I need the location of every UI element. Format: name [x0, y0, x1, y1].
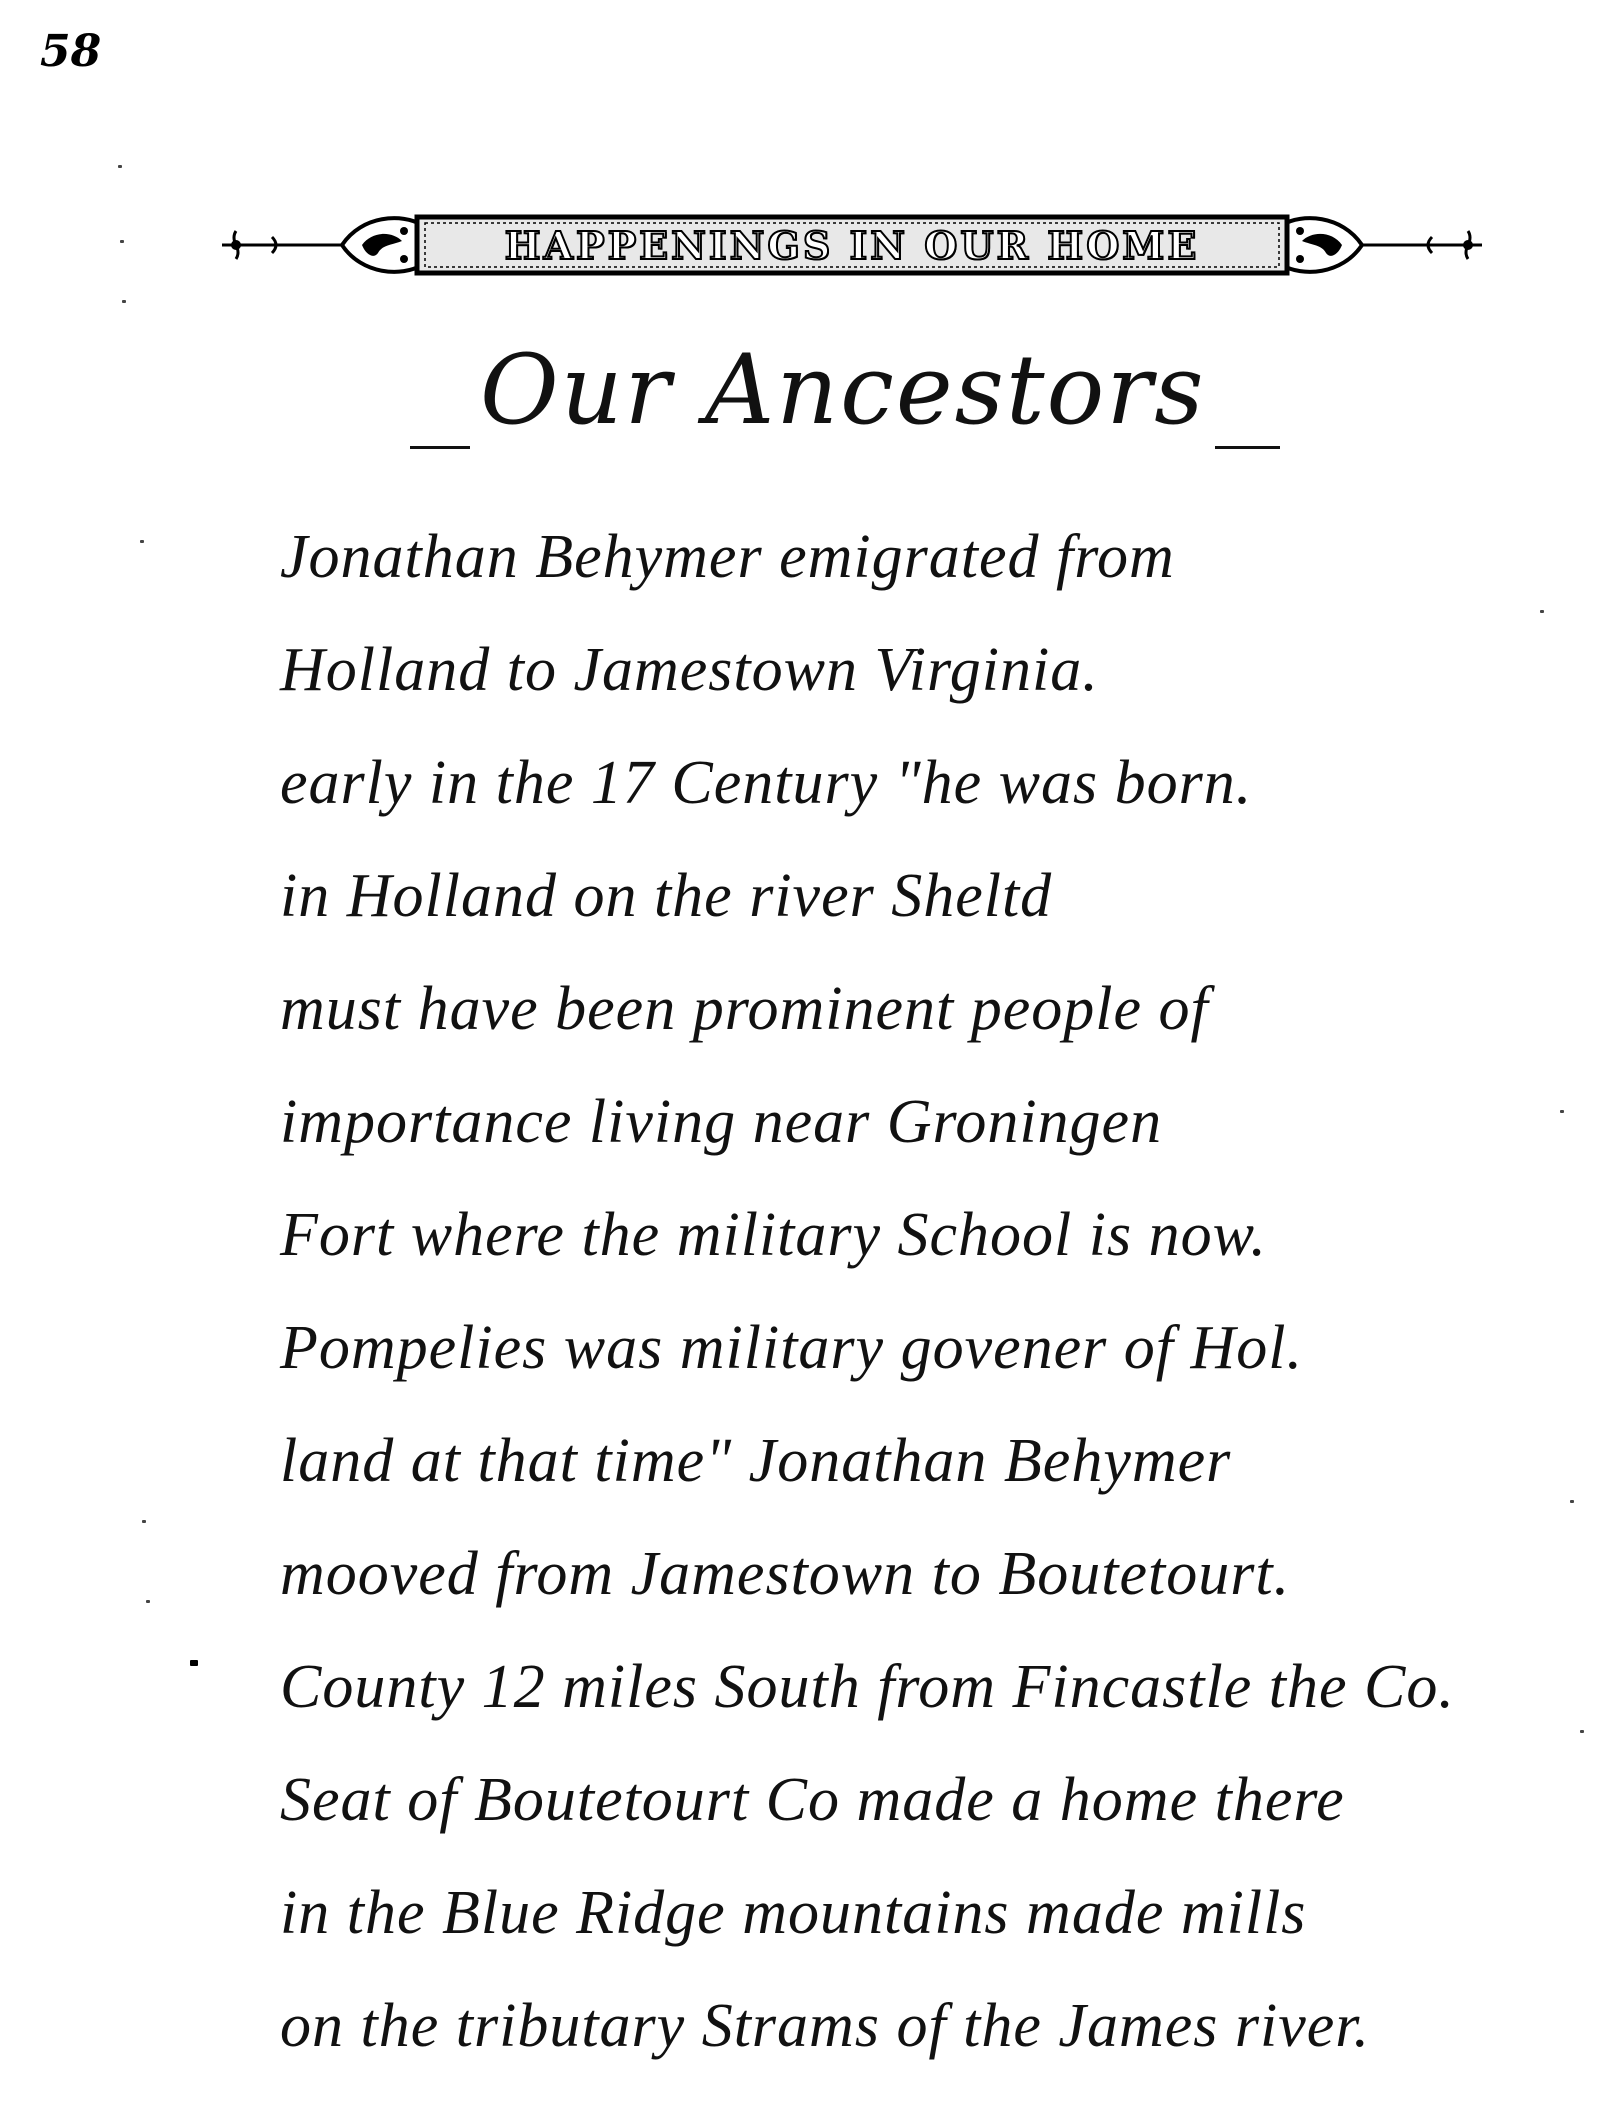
header-banner: HAPPENINGS IN OUR HOME: [212, 205, 1492, 285]
text-line: importance living near Groningen: [280, 1065, 1460, 1178]
text-line: Jonathan Behymer emigrated from: [280, 500, 1460, 613]
text-line: mooved from Jamestown to Boutetourt.: [280, 1517, 1460, 1630]
text-line: on the tributary Strams of the James riv…: [280, 1969, 1460, 2082]
scan-speck: [140, 540, 144, 543]
scan-speck: [146, 1600, 150, 1603]
text-line: Seat of Boutetourt Co made a home there: [280, 1743, 1460, 1856]
scan-speck: [1580, 1730, 1584, 1733]
scan-speck: [190, 1660, 198, 1666]
page-number: 58: [40, 30, 101, 74]
text-line: Fort where the military School is now.: [280, 1178, 1460, 1291]
text-line: in Holland on the river Sheltd: [280, 839, 1460, 952]
scan-speck: [1540, 610, 1544, 613]
section-title: Our Ancestors: [380, 320, 1280, 460]
scan-speck: [120, 240, 124, 243]
scan-speck: [118, 165, 122, 168]
text-line: Pompelies was military govener of Hol.: [280, 1291, 1460, 1404]
banner-title: HAPPENINGS IN OUR HOME: [422, 217, 1282, 273]
text-line: Holland to Jamestown Virginia.: [280, 613, 1460, 726]
text-line: must have been prominent people of: [280, 952, 1460, 1065]
scan-speck: [122, 300, 126, 303]
scan-speck: [1570, 1500, 1574, 1503]
text-line: early in the 17 Century "he was born.: [280, 726, 1460, 839]
text-line: in the Blue Ridge mountains made mills: [280, 1856, 1460, 1969]
handwritten-body: Jonathan Behymer emigrated from Holland …: [280, 500, 1460, 2082]
page-title: Our Ancestors: [470, 330, 1215, 450]
text-line: County 12 miles South from Fincastle the…: [280, 1630, 1460, 1743]
text-line: land at that time" Jonathan Behymer: [280, 1404, 1460, 1517]
scan-speck: [142, 1520, 146, 1523]
scan-speck: [1560, 1110, 1564, 1113]
